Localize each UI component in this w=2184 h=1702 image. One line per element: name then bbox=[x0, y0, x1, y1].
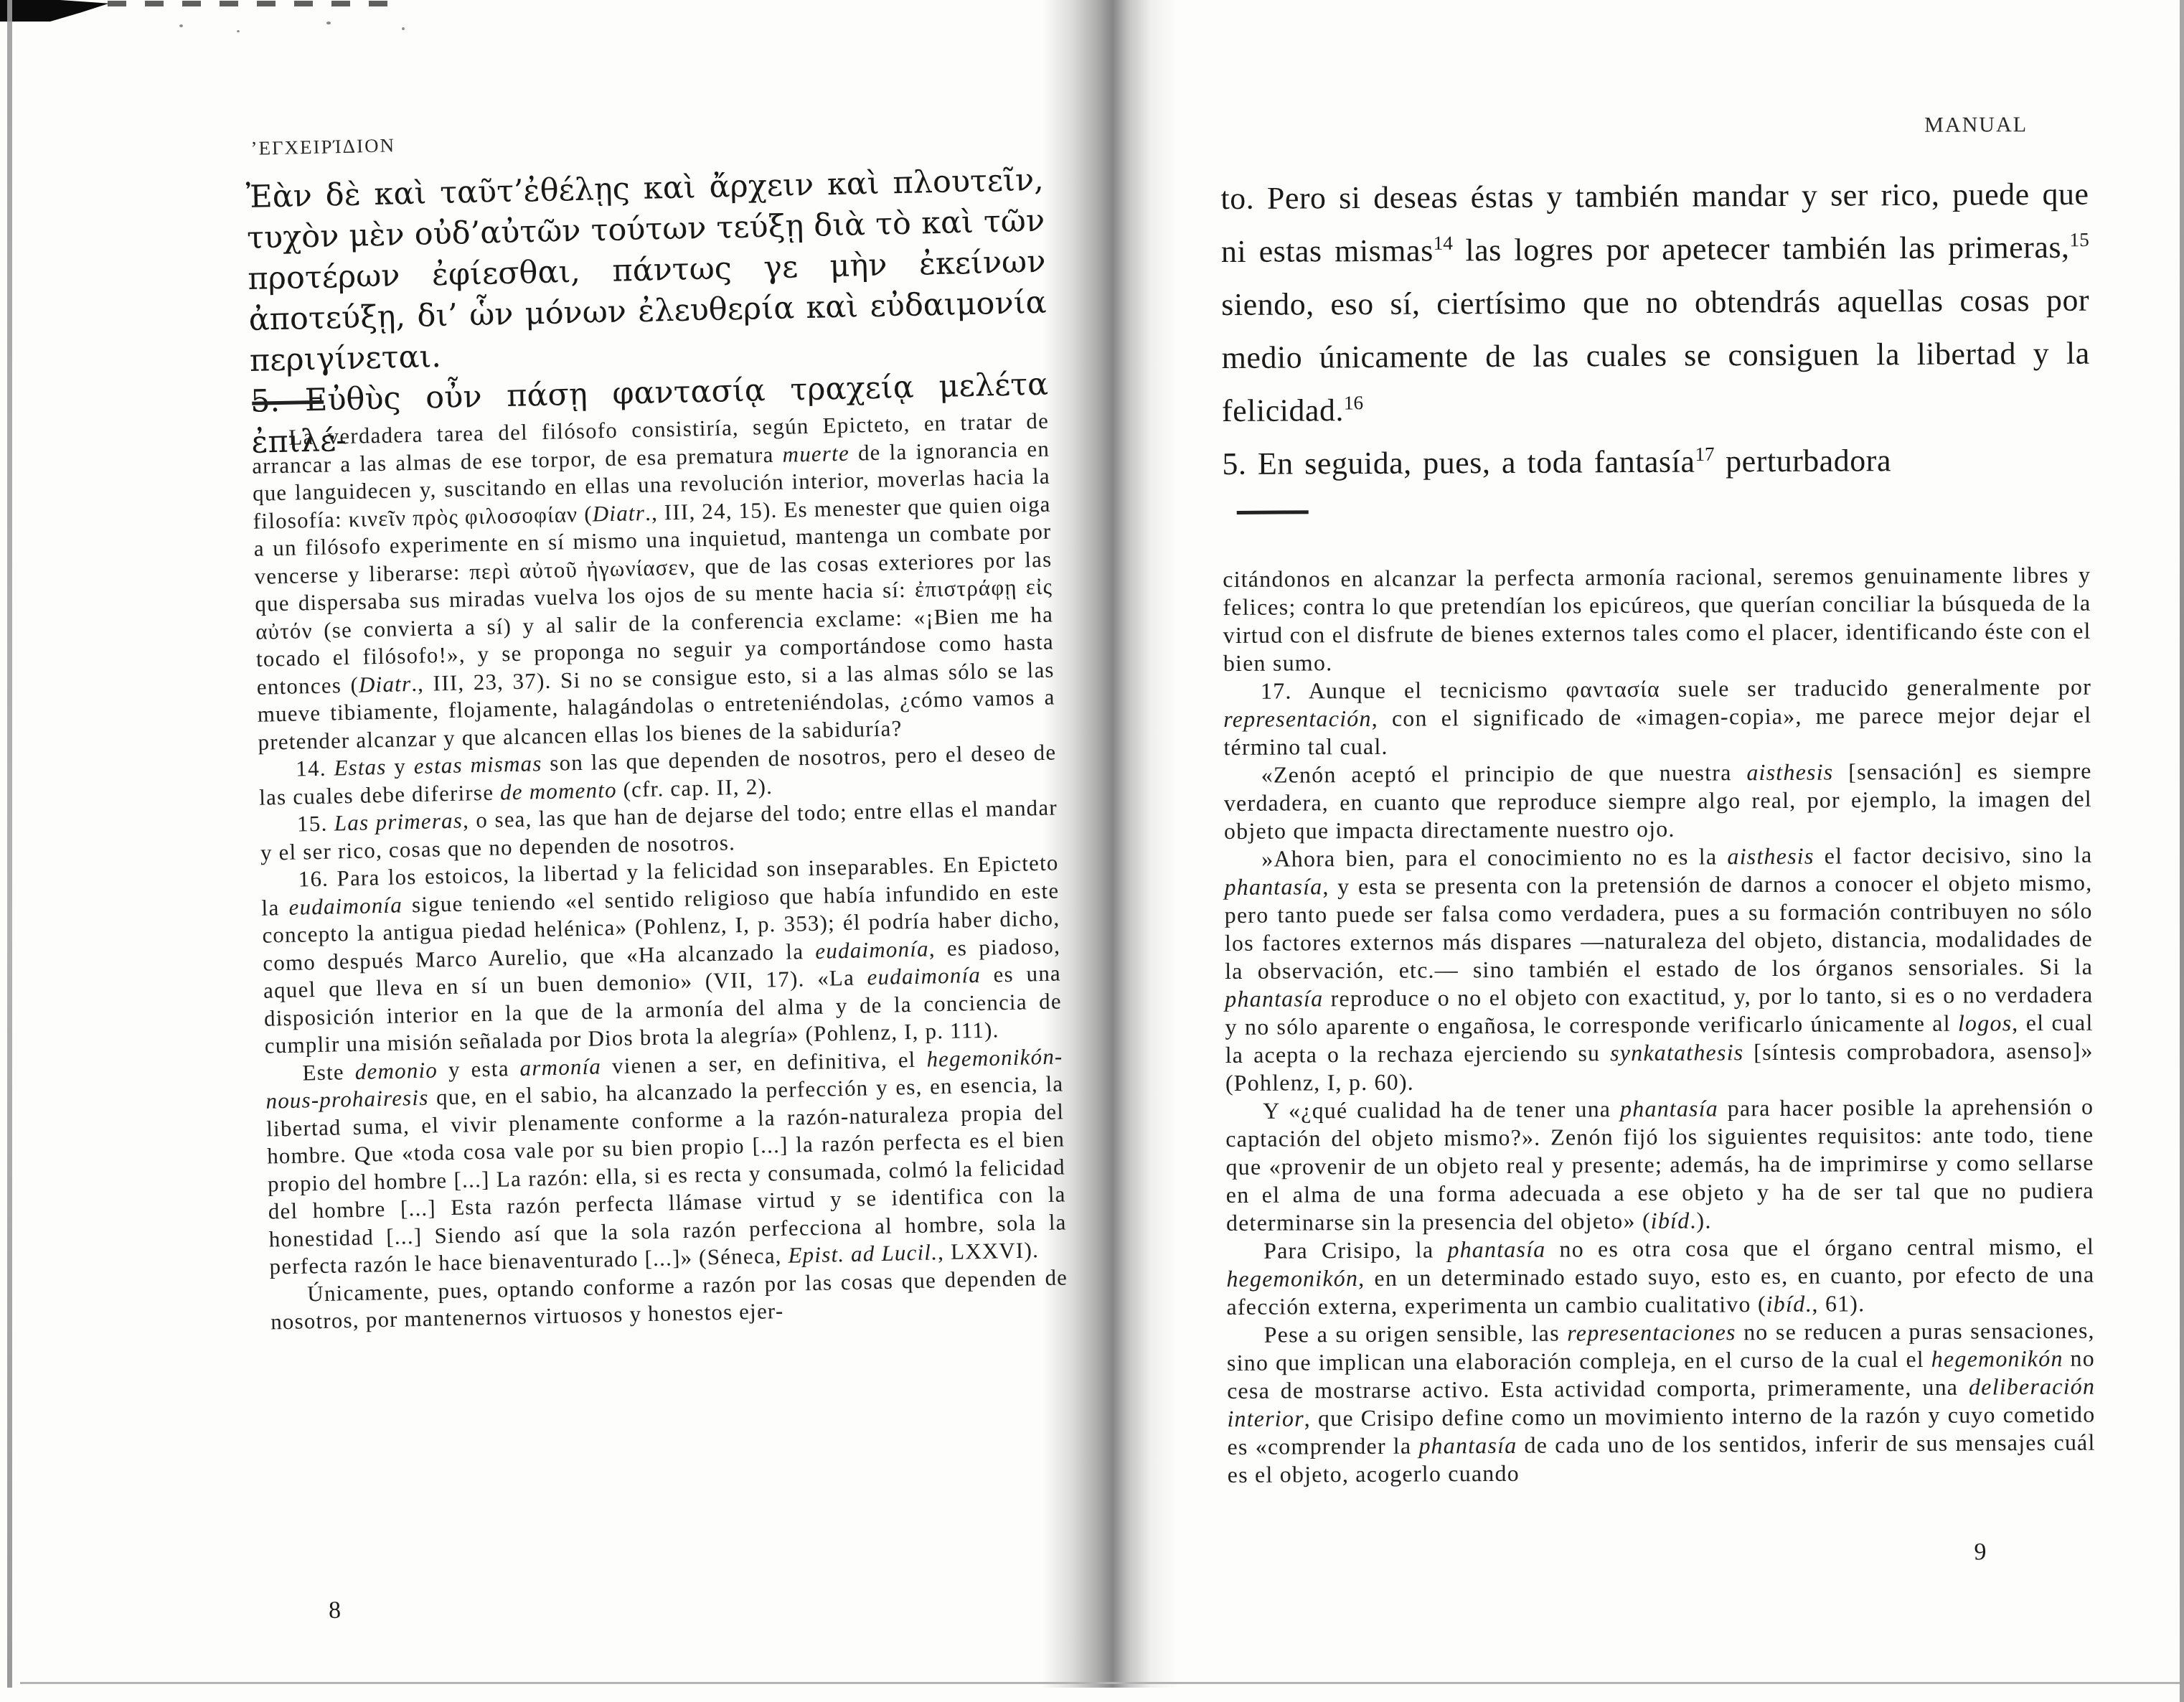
scan-speckle bbox=[326, 22, 331, 24]
right-running-head: MANUAL bbox=[1924, 113, 2028, 138]
left-page-number: 8 bbox=[329, 1597, 342, 1625]
scan-speckle bbox=[179, 24, 183, 27]
left-running-head: ’ΕΓΧΕΙΡΊΔΙΟΝ bbox=[250, 134, 395, 159]
paragraph: Ἐὰν δὲ καὶ ταῦτ’ἐθέλῃς καὶ ἄρχειν καὶ πλ… bbox=[245, 160, 1048, 382]
left-footnotes-block: La verdadera tarea del filósofo consisti… bbox=[251, 408, 1068, 1336]
paragraph: »Ahora bien, para el conocimiento no es … bbox=[1224, 841, 2094, 1097]
paragraph: Pese a su origen sensible, las represent… bbox=[1227, 1317, 2096, 1489]
scan-right-edge bbox=[2180, 0, 2184, 1702]
footnote-separator-rule bbox=[1237, 510, 1309, 514]
right-footnotes-block: citándonos en alcanzar la perfecta armon… bbox=[1223, 561, 2096, 1489]
paragraph: 5. En seguida, pues, a toda fantasía17 p… bbox=[1222, 433, 2090, 491]
scan-speckle bbox=[237, 30, 240, 32]
scan-left-edge bbox=[7, 0, 12, 1688]
right-page-number: 9 bbox=[1974, 1538, 1986, 1566]
book-scan: { "left_page": { "header": "’ΕΓΧΕΙΡΊΔΙΟΝ… bbox=[0, 0, 2184, 1702]
paragraph: to. Pero si deseas éstas y también manda… bbox=[1220, 168, 2090, 438]
scan-top-dashes-artifact bbox=[108, 1, 387, 6]
paragraph: «Zenón aceptó el principio de que nuestr… bbox=[1224, 757, 2093, 845]
main-text-block: to. Pero si deseas éstas y también manda… bbox=[1220, 168, 2090, 491]
paragraph: 17. Aunque el tecnicismo φαντασία suele … bbox=[1223, 673, 2092, 761]
scan-bottom-edge bbox=[20, 1682, 2180, 1684]
paragraph: Este demonio y esta armonía vienen a ser… bbox=[265, 1043, 1067, 1281]
paragraph: citándonos en alcanzar la perfecta armon… bbox=[1223, 561, 2091, 677]
paragraph: 16. Para los estoicos, la libertad y la … bbox=[260, 849, 1063, 1060]
paragraph: La verdadera tarea del filósofo consisti… bbox=[251, 408, 1056, 756]
book-gutter-shadow bbox=[1042, 0, 1178, 1688]
scan-corner-artifact bbox=[0, 0, 109, 22]
scan-speckle bbox=[402, 27, 405, 30]
paragraph: Para Crisipo, la phantasía no es otra co… bbox=[1226, 1233, 2095, 1321]
paragraph: Y «¿qué cualidad ha de tener una phantas… bbox=[1225, 1093, 2094, 1237]
